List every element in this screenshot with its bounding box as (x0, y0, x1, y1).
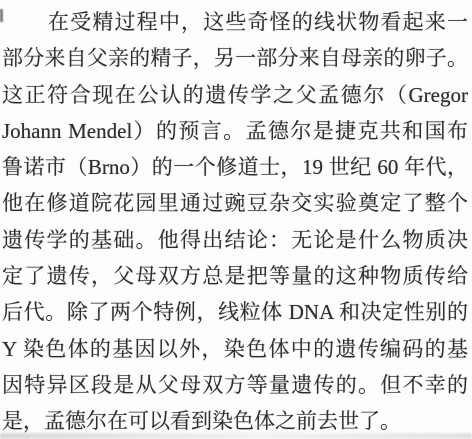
paragraph: 在受精过程中，这些奇怪的线状物看起来一 部分来自父亲的精子，另一部分来自母亲的卵… (0, 0, 472, 439)
scanned-book-page: 在受精过程中，这些奇怪的线状物看起来一 部分来自父亲的精子，另一部分来自母亲的卵… (0, 0, 472, 439)
text-line: Y 染色体的基因以外，染色体中的遗传编码的基 (2, 331, 468, 367)
text-line: 后代。除了两个特例，线粒体 DNA 和决定性别的 (2, 294, 468, 330)
text-line: 遗传学的基础。他得出结论：无论是什么物质决 (2, 222, 468, 258)
text-line: 他在修道院花园里通过豌豆杂交实验奠定了整个 (2, 185, 468, 221)
text-line: 这正符合现在公认的遗传学之父孟德尔（Gregor (2, 77, 468, 113)
text-line: 在受精过程中，这些奇怪的线状物看起来一 (2, 4, 468, 40)
text-line: 是，孟德尔在可以看到染色体之前去世了。 (2, 403, 468, 439)
text-line: Johann Mendel）的预言。孟德尔是捷克共和国布 (2, 113, 468, 149)
text-line: 定了遗传，父母双方总是把等量的这种物质传给 (2, 258, 468, 294)
text-line: 因特异区段是从父母双方等量遗传的。但不幸的 (2, 367, 468, 403)
text-line: 部分来自父亲的精子，另一部分来自母亲的卵子。 (2, 40, 468, 76)
text-line: 鲁诺市（Brno）的一个修道士，19 世纪 60 年代， (2, 149, 468, 185)
